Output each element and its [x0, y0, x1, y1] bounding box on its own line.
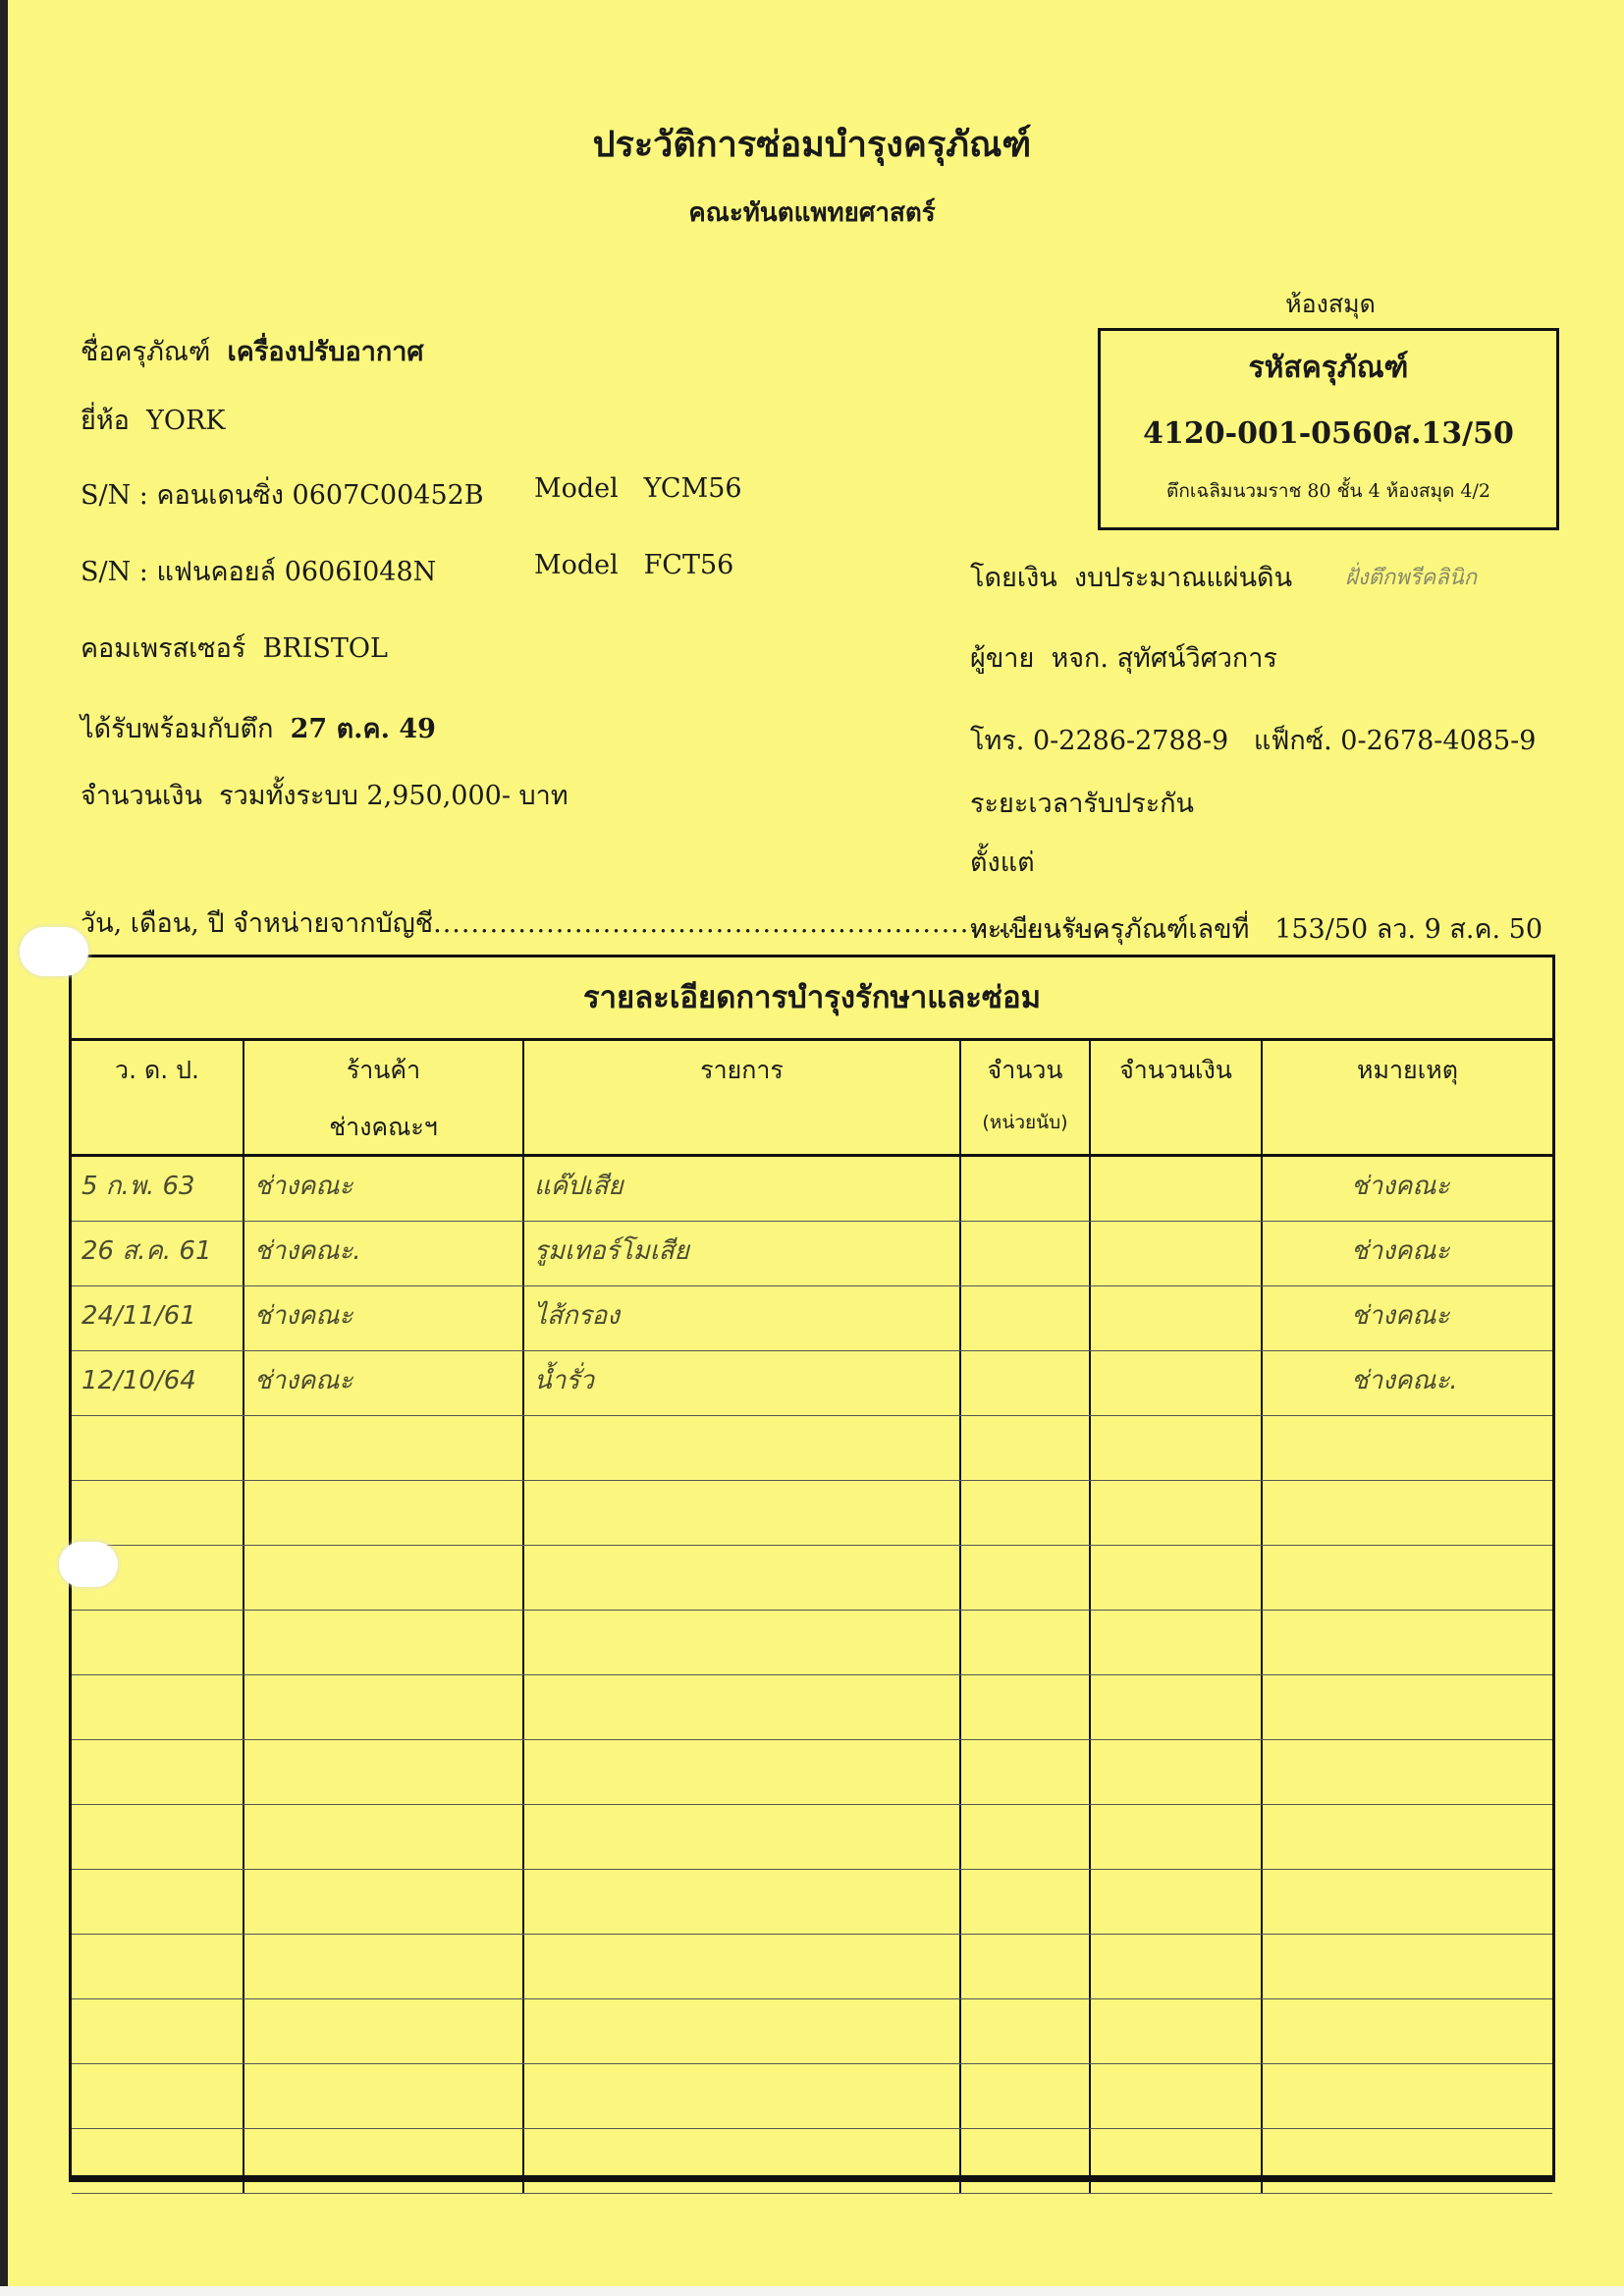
cell-item — [524, 1935, 961, 1998]
cell-vendor — [244, 1740, 524, 1804]
cell-date — [72, 1935, 244, 1998]
seller-field: ผู้ขาย หจก. สุทัศน์วิศวการ — [970, 636, 1277, 679]
cell-qty — [961, 1157, 1091, 1221]
received-field: ได้รับพร้อมกับตึก 27 ต.ค. 49 — [81, 707, 436, 749]
cell-item: ไส้กรอง — [524, 1286, 961, 1350]
cell-item — [524, 1416, 961, 1480]
code-location: ตึกเฉลิมนวมราช 80 ชั้น 4 ห้องสมุด 4/2 — [1101, 476, 1556, 506]
cell-vendor — [244, 1481, 524, 1545]
fax-value: 0-2678-4085-9 — [1340, 726, 1536, 756]
cell-qty — [961, 1999, 1091, 2063]
funding-value: งบประมาณแผ่นดิน — [1074, 563, 1292, 593]
equipment-name-value: เครื่องปรับอากาศ — [228, 337, 424, 367]
cell-qty — [961, 1546, 1091, 1610]
cell-note: ช่างคณะ. — [1263, 1351, 1552, 1415]
phone-value: 0-2286-2788-9 — [1033, 726, 1228, 756]
serial-condensing-field: S/N : คอนเดนซิ่ง 0607C00452B — [81, 473, 484, 516]
table-row — [72, 1805, 1552, 1870]
cell-vendor — [244, 1805, 524, 1869]
serial-fancoil-label: S/N : แฟนคอยล์ — [81, 557, 276, 587]
cell-note — [1263, 1805, 1552, 1869]
cell-note — [1263, 2064, 1552, 2128]
brand-label: ยี่ห้อ — [81, 406, 130, 436]
cell-vendor — [244, 1999, 524, 2063]
cell-date: 24/11/61 — [72, 1286, 244, 1350]
funding-field: โดยเงิน งบประมาณแผ่นดิน — [970, 556, 1292, 598]
cell-qty — [961, 1286, 1091, 1350]
received-value: 27 ต.ค. 49 — [291, 714, 436, 744]
register-label: ทะเบียนรับครุภัณฑ์เลขที่ — [970, 914, 1249, 945]
cell-amount — [1091, 1999, 1263, 2063]
document-title: ประวัติการซ่อมบำรุงครุภัณฑ์ — [0, 116, 1624, 172]
funding-handwritten-note: ฝั่งตึกพรีคลินิก — [1345, 560, 1477, 594]
compressor-field: คอมเพรสเซอร์ BRISTOL — [81, 627, 388, 669]
cell-note: ช่างคณะ — [1263, 1157, 1552, 1221]
cell-amount — [1091, 1351, 1263, 1415]
cell-date: 12/10/64 — [72, 1351, 244, 1415]
maintenance-table: รายละเอียดการบำรุงรักษาและซ่อม ว. ด. ป. … — [69, 955, 1555, 2182]
funding-label: โดยเงิน — [970, 563, 1057, 593]
column-header-item: รายการ — [524, 1041, 961, 1154]
model-fancoil-value: FCT56 — [644, 550, 734, 580]
writeoff-field: วัน, เดือน, ปี จำหน่ายจากบัญชี..........… — [81, 902, 1110, 944]
fax-label: แฟ็กซ์. — [1254, 726, 1332, 756]
cell-date — [72, 1805, 244, 1869]
cell-qty — [961, 1416, 1091, 1480]
equipment-name-label: ชื่อครุภัณฑ์ — [81, 337, 210, 367]
cell-vendor — [244, 2064, 524, 2128]
cell-item: แค๊ปเสีย — [524, 1157, 961, 1221]
cell-amount — [1091, 1157, 1263, 1221]
amount-field: จำนวนเงิน รวมทั้งระบบ 2,950,000- บาท — [81, 774, 568, 816]
cell-vendor: ช่างคณะ. — [244, 1222, 524, 1285]
cell-note — [1263, 1611, 1552, 1674]
cell-date — [72, 1416, 244, 1480]
cell-qty — [961, 1675, 1091, 1739]
cell-item — [524, 1675, 961, 1739]
cell-date — [72, 1675, 244, 1739]
brand-value: YORK — [146, 406, 225, 436]
cell-qty — [961, 1870, 1091, 1934]
cell-item — [524, 1999, 961, 2063]
compressor-label: คอมเพรสเซอร์ — [81, 633, 245, 664]
model-fancoil-label: Model — [534, 550, 619, 580]
cell-note — [1263, 1416, 1552, 1480]
cell-note — [1263, 1999, 1552, 2063]
table-title: รายละเอียดการบำรุงรักษาและซ่อม — [72, 957, 1552, 1041]
column-header-vendor: ร้านค้า ช่างคณะฯ — [244, 1041, 524, 1154]
cell-vendor: ช่างคณะ — [244, 1351, 524, 1415]
cell-vendor — [244, 1416, 524, 1480]
equipment-code: 4120-001-0560ส.13/50 — [1101, 410, 1556, 457]
table-row: 5 ก.พ. 63ช่างคณะแค๊ปเสียช่างคณะ — [72, 1157, 1552, 1222]
cell-note — [1263, 1481, 1552, 1545]
cell-date — [72, 2064, 244, 2128]
cell-qty — [961, 1740, 1091, 1804]
cell-vendor — [244, 1546, 524, 1610]
cell-item — [524, 1740, 961, 1804]
cell-qty — [961, 2129, 1091, 2193]
cell-amount — [1091, 1481, 1263, 1545]
cell-item: น้ำรั่ว — [524, 1351, 961, 1415]
cell-item — [524, 1805, 961, 1869]
equipment-code-box: รหัสครุภัณฑ์ 4120-001-0560ส.13/50 ตึกเฉล… — [1098, 328, 1559, 530]
cell-item — [524, 1481, 961, 1545]
serial-condensing-label: S/N : คอนเดนซิ่ง — [81, 480, 284, 511]
cell-date — [72, 1870, 244, 1934]
cell-date: 26 ส.ค. 61 — [72, 1222, 244, 1285]
table-row: 12/10/64ช่างคณะน้ำรั่วช่างคณะ. — [72, 1351, 1552, 1416]
compressor-value: BRISTOL — [263, 633, 388, 664]
code-heading: รหัสครุภัณฑ์ — [1101, 345, 1556, 391]
table-row — [72, 1611, 1552, 1675]
cell-qty — [961, 1611, 1091, 1674]
table-row: 24/11/61ช่างคณะไส้กรองช่างคณะ — [72, 1286, 1552, 1351]
model-condensing-value: YCM56 — [644, 473, 742, 504]
cell-amount — [1091, 2129, 1263, 2193]
warranty-label: ระยะเวลารับประกัน — [970, 782, 1194, 824]
cell-date — [72, 2129, 244, 2193]
punch-hole — [59, 1542, 118, 1587]
cell-qty — [961, 1805, 1091, 1869]
register-field: ทะเบียนรับครุภัณฑ์เลขที่ 153/50 ลว. 9 ส.… — [970, 907, 1543, 950]
cell-amount — [1091, 1546, 1263, 1610]
model-condensing-field: Model YCM56 — [534, 473, 742, 504]
code-location-label: ห้องสมุด — [1100, 285, 1561, 324]
table-row — [72, 1870, 1552, 1935]
brand-field: ยี่ห้อ YORK — [81, 399, 225, 441]
received-label: ได้รับพร้อมกับตึก — [81, 714, 273, 744]
table-row — [72, 1546, 1552, 1611]
cell-note — [1263, 1675, 1552, 1739]
table-header: ว. ด. ป. ร้านค้า ช่างคณะฯ รายการ จำนวน (… — [72, 1041, 1552, 1157]
table-row — [72, 1675, 1552, 1740]
cell-amount — [1091, 1675, 1263, 1739]
cell-item — [524, 1870, 961, 1934]
cell-amount — [1091, 1416, 1263, 1480]
cell-date — [72, 1999, 244, 2063]
cell-qty — [961, 2064, 1091, 2128]
cell-item: รูมเทอร์โมเสีย — [524, 1222, 961, 1285]
contact-field: โทร. 0-2286-2788-9 แฟ็กซ์. 0-2678-4085-9 — [970, 719, 1536, 761]
column-header-quantity: จำนวน (หน่วยนับ) — [961, 1041, 1091, 1154]
cell-date — [72, 1740, 244, 1804]
cell-qty — [961, 1481, 1091, 1545]
phone-label: โทร. — [970, 726, 1024, 756]
model-condensing-label: Model — [534, 473, 619, 504]
cell-item — [524, 2129, 961, 2193]
column-header-amount: จำนวนเงิน — [1091, 1041, 1263, 1154]
serial-fancoil-value: 0606I048N — [285, 557, 437, 587]
cell-vendor — [244, 1935, 524, 1998]
cell-qty — [961, 1351, 1091, 1415]
cell-vendor — [244, 1870, 524, 1934]
seller-label: ผู้ขาย — [970, 643, 1034, 674]
table-row — [72, 1935, 1552, 1999]
cell-qty — [961, 1935, 1091, 1998]
cell-note — [1263, 1935, 1552, 1998]
cell-amount — [1091, 1935, 1263, 1998]
cell-item — [524, 2064, 961, 2128]
table-row: 26 ส.ค. 61ช่างคณะ.รูมเทอร์โมเสียช่างคณะ — [72, 1222, 1552, 1286]
cell-amount — [1091, 1286, 1263, 1350]
cell-note: ช่างคณะ — [1263, 1222, 1552, 1285]
table-body: 5 ก.พ. 63ช่างคณะแค๊ปเสียช่างคณะ26 ส.ค. 6… — [72, 1157, 1552, 2194]
cell-amount — [1091, 2064, 1263, 2128]
punch-hole — [20, 927, 88, 976]
column-header-note: หมายเหตุ — [1263, 1041, 1552, 1154]
writeoff-label: วัน, เดือน, ปี จำหน่ายจากบัญชี — [81, 908, 433, 939]
since-label: ตั้งแต่ — [970, 841, 1035, 883]
register-value: 153/50 ลว. 9 ส.ค. 50 — [1274, 914, 1543, 945]
cell-amount — [1091, 1870, 1263, 1934]
cell-note: ช่างคณะ — [1263, 1286, 1552, 1350]
table-row — [72, 1999, 1552, 2064]
column-header-date: ว. ด. ป. — [72, 1041, 244, 1154]
amount-value: รวมทั้งระบบ 2,950,000- บาท — [219, 781, 568, 811]
cell-amount — [1091, 1740, 1263, 1804]
table-row — [72, 1740, 1552, 1805]
cell-date — [72, 1481, 244, 1545]
cell-vendor — [244, 1675, 524, 1739]
scan-edge-bottom — [0, 2286, 1624, 2296]
cell-note — [1263, 1546, 1552, 1610]
cell-amount — [1091, 1611, 1263, 1674]
table-row — [72, 1416, 1552, 1481]
cell-vendor: ช่างคณะ — [244, 1157, 524, 1221]
cell-note — [1263, 1740, 1552, 1804]
cell-note — [1263, 1870, 1552, 1934]
cell-amount — [1091, 1805, 1263, 1869]
table-row — [72, 2129, 1552, 2194]
cell-note — [1263, 2129, 1552, 2193]
amount-label: จำนวนเงิน — [81, 781, 202, 811]
serial-fancoil-field: S/N : แฟนคอยล์ 0606I048N — [81, 550, 436, 592]
cell-date — [72, 1611, 244, 1674]
cell-item — [524, 1546, 961, 1610]
serial-condensing-value: 0607C00452B — [293, 480, 484, 511]
cell-amount — [1091, 1222, 1263, 1285]
cell-vendor — [244, 1611, 524, 1674]
cell-vendor: ช่างคณะ — [244, 1286, 524, 1350]
faculty-subtitle: คณะทันตแพทยศาสตร์ — [0, 192, 1624, 233]
cell-date: 5 ก.พ. 63 — [72, 1157, 244, 1221]
table-row — [72, 2064, 1552, 2129]
model-fancoil-field: Model FCT56 — [534, 550, 733, 580]
cell-vendor — [244, 2129, 524, 2193]
equipment-name-field: ชื่อครุภัณฑ์ เครื่องปรับอากาศ — [81, 330, 424, 372]
cell-qty — [961, 1222, 1091, 1285]
scan-edge — [0, 0, 8, 2296]
cell-item — [524, 1611, 961, 1674]
table-row — [72, 1481, 1552, 1546]
seller-value: หจก. สุทัศน์วิศวการ — [1051, 643, 1276, 674]
